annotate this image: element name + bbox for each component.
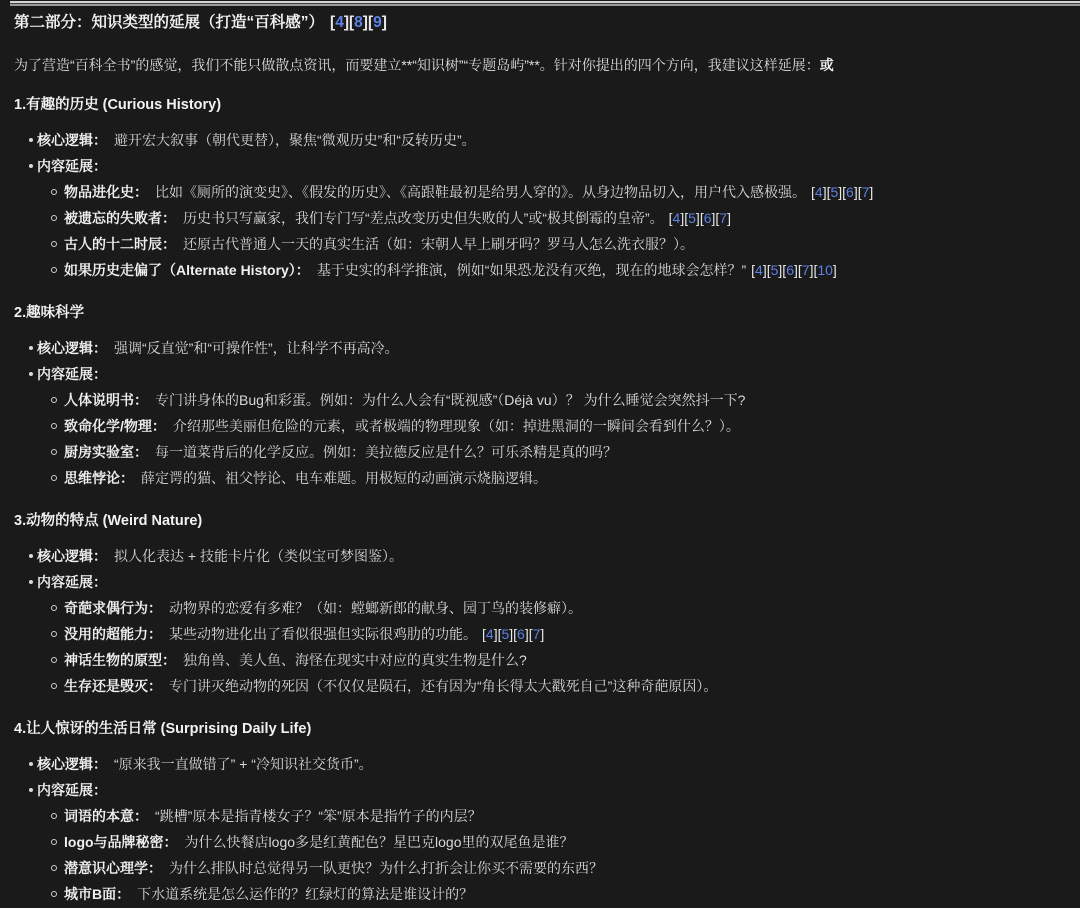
sub-bullet-label: 如果历史走偏了（Alternate History）： — [64, 262, 310, 278]
citation-link[interactable]: 6 — [704, 210, 712, 226]
sub-bullet-text: 每一道菜背后的化学反应。例如：美拉德反应是什么？可乐杀精是真的吗？ — [155, 444, 617, 460]
citation-group: [4][5][6][7] — [669, 210, 731, 226]
citation-link[interactable]: 10 — [817, 262, 833, 278]
list-item: 核心逻辑：避开宏大叙事（朝代更替），聚焦“微观历史”和“反转历史”。 — [14, 127, 1066, 153]
list-item: 厨房实验室：每一道菜背后的化学反应。例如：美拉德反应是什么？可乐杀精是真的吗？ — [14, 439, 1066, 465]
sub-bullet-text: 基于史实的科学推演，例如“如果恐龙没有灭绝，现在的地球会怎样？” — [317, 262, 746, 278]
section-1-list: 核心逻辑：避开宏大叙事（朝代更替），聚焦“微观历史”和“反转历史”。 内容延展：… — [14, 127, 1066, 283]
section-heading-1: 1.有趣的历史 (Curious History) — [14, 95, 1066, 115]
list-item: 没用的超能力：某些动物进化出了看似很强但实际很鸡肋的功能。[4][5][6][7… — [14, 621, 1066, 647]
sub-bullet-label: 没用的超能力： — [64, 626, 162, 642]
list-item: 如果历史走偏了（Alternate History）：基于史实的科学推演，例如“… — [14, 257, 1066, 283]
sub-bullet-label: 被遗忘的失败者： — [64, 210, 176, 226]
sub-bullet-text: 为什么排队时总觉得另一队更快？为什么打折会让你买不需要的东西？ — [169, 860, 603, 876]
list-item: 核心逻辑：强调“反直觉”和“可操作性”，让科学不再高冷。 — [14, 335, 1066, 361]
list-item: 物品进化史：比如《厕所的演变史》、《假发的历史》、《高跟鞋最初是给男人穿的》。从… — [14, 179, 1066, 205]
list-item: 核心逻辑：“原来我一直做错了” + “冷知识社交货币”。 — [14, 751, 1066, 777]
sub-bullet-text: 介绍那些美丽但危险的元素，或者极端的物理现象（如：掉进黑洞的一瞬间会看到什么？）… — [173, 418, 740, 434]
document-content: 第二部分：知识类型的延展（打造“百科感”）[4][8][9] 为了营造“百科全书… — [0, 0, 1080, 907]
page-title: 第二部分：知识类型的延展（打造“百科感”）[4][8][9] — [14, 12, 1066, 34]
citation-bracket: ] — [540, 626, 544, 642]
list-item: 内容延展： — [14, 361, 1066, 387]
citation-link[interactable]: 5 — [688, 210, 696, 226]
section-2-list: 核心逻辑：强调“反直觉”和“可操作性”，让科学不再高冷。 内容延展： 人体说明书… — [14, 335, 1066, 491]
list-item: 生存还是毁灭：专门讲灭绝动物的死因（不仅仅是陨石，还有因为“角长得太大戳死自己”… — [14, 673, 1066, 699]
list-item: 潜意识心理学：为什么排队时总觉得另一队更快？为什么打折会让你买不需要的东西？ — [14, 855, 1066, 881]
list-item: 奇葩求偶行为：动物界的恋爱有多难？（如：螳螂新郎的献身、园丁鸟的装修癖）。 — [14, 595, 1066, 621]
list-item: 城市B面：下水道系统是怎么运作的？红绿灯的算法是谁设计的？ — [14, 881, 1066, 907]
citation-bracket: ] — [382, 14, 387, 31]
list-item: 内容延展： — [14, 777, 1066, 803]
bullet-label: 内容延展： — [37, 574, 107, 590]
sub-bullet-label: 生存还是毁灭： — [64, 678, 162, 694]
sub-bullet-text: 某些动物进化出了看似很强但实际很鸡肋的功能。 — [169, 626, 477, 642]
list-item: 人体说明书：专门讲身体的Bug和彩蛋。例如：为什么人会有“既视感”（Déjà v… — [14, 387, 1066, 413]
sub-bullet-label: 厨房实验室： — [64, 444, 148, 460]
bullet-text: “原来我一直做错了” + “冷知识社交货币”。 — [114, 756, 373, 772]
citation-group: [4][5][6][7] — [482, 626, 544, 642]
sub-bullet-text: 动物界的恋爱有多难？（如：螳螂新郎的献身、园丁鸟的装修癖）。 — [169, 600, 582, 616]
citation-group: [4][8][9] — [330, 14, 387, 31]
sub-bullet-label: 城市B面： — [64, 886, 130, 902]
bullet-label: 核心逻辑： — [37, 340, 107, 356]
sub-bullet-label: 致命化学/物理： — [64, 418, 166, 434]
section-3-list: 核心逻辑：拟人化表达 + 技能卡片化（类似宝可梦图鉴）。 内容延展： 奇葩求偶行… — [14, 543, 1066, 699]
citation-link[interactable]: 4 — [335, 14, 344, 31]
sub-bullet-text: “跳槽”原本是指青楼女子？“笨”原本是指竹子的内层？ — [155, 808, 482, 824]
sub-bullet-text: 还原古代普通人一天的真实生活（如：宋朝人早上刷牙吗？罗马人怎么洗衣服？）。 — [183, 236, 694, 252]
sub-bullet-label: logo与品牌秘密： — [64, 834, 178, 850]
list-item: 被遗忘的失败者：历史书只写赢家，我们专门写“差点改变历史但失败的人”或“极其倒霉… — [14, 205, 1066, 231]
bullet-label: 核心逻辑： — [37, 132, 107, 148]
citation-group: [4][5][6][7][10] — [751, 262, 837, 278]
sub-bullet-text: 为什么快餐店logo多是红黄配色？星巴克logo里的双尾鱼是谁？ — [185, 834, 574, 850]
bullet-label: 内容延展： — [37, 366, 107, 382]
section-heading-2: 2.趣味科学 — [14, 303, 1066, 323]
top-divider-bar[interactable] — [10, 1, 1080, 6]
sub-bullet-text: 历史书只写赢家，我们专门写“差点改变历史但失败的人”或“极其倒霉的皇帝”。 — [183, 210, 664, 226]
bullet-text: 强调“反直觉”和“可操作性”，让科学不再高冷。 — [114, 340, 399, 356]
sub-bullet-text: 专门讲灭绝动物的死因（不仅仅是陨石，还有因为“角长得太大戳死自己”这种奇葩原因）… — [169, 678, 717, 694]
bullet-label: 核心逻辑： — [37, 756, 107, 772]
list-item: 词语的本意：“跳槽”原本是指青楼女子？“笨”原本是指竹子的内层？ — [14, 803, 1066, 829]
citation-link[interactable]: 4 — [755, 262, 763, 278]
sub-bullet-label: 物品进化史： — [64, 184, 148, 200]
list-item: 思维悖论：薛定谔的猫、祖父悖论、电车难题。用极短的动画演示烧脑逻辑。 — [14, 465, 1066, 491]
citation-link[interactable]: 8 — [354, 14, 363, 31]
list-item: logo与品牌秘密：为什么快餐店logo多是红黄配色？星巴克logo里的双尾鱼是… — [14, 829, 1066, 855]
citation-link[interactable]: 7 — [802, 262, 810, 278]
citation-link[interactable]: 9 — [373, 14, 382, 31]
sub-bullet-text: 比如《厕所的演变史》、《假发的历史》、《高跟鞋最初是给男人穿的》。从身边物品切入… — [155, 184, 806, 200]
sub-bullet-label: 神话生物的原型： — [64, 652, 176, 668]
citation-bracket: ] — [833, 262, 837, 278]
bullet-text: 拟人化表达 + 技能卡片化（类似宝可梦图鉴）。 — [114, 548, 403, 564]
list-item: 内容延展： — [14, 153, 1066, 179]
bullet-text: 避开宏大叙事（朝代更替），聚焦“微观历史”和“反转历史”。 — [114, 132, 476, 148]
intro-text: 为了营造“百科全书”的感觉，我们不能只做散点资讯，而要建立**“知识树”“专题岛… — [14, 57, 820, 73]
list-item: 古人的十二时辰：还原古代普通人一天的真实生活（如：宋朝人早上刷牙吗？罗马人怎么洗… — [14, 231, 1066, 257]
citation-link[interactable]: 4 — [486, 626, 494, 642]
citation-bracket: ] — [727, 210, 731, 226]
citation-link[interactable]: 6 — [786, 262, 794, 278]
citation-group: [4][5][6][7] — [811, 184, 873, 200]
list-item: 神话生物的原型：独角兽、美人鱼、海怪在现实中对应的真实生物是什么? — [14, 647, 1066, 673]
sub-bullet-text: 薛定谔的猫、祖父悖论、电车难题。用极短的动画演示烧脑逻辑。 — [141, 470, 547, 486]
citation-link[interactable]: 7 — [719, 210, 727, 226]
sub-bullet-text: 独角兽、美人鱼、海怪在现实中对应的真实生物是什么? — [183, 652, 527, 668]
sub-bullet-label: 词语的本意： — [64, 808, 148, 824]
sub-bullet-label: 潜意识心理学： — [64, 860, 162, 876]
sub-bullet-label: 奇葩求偶行为： — [64, 600, 162, 616]
list-item: 内容延展： — [14, 569, 1066, 595]
sub-bullet-text: 下水道系统是怎么运作的？红绿灯的算法是谁设计的？ — [137, 886, 473, 902]
page-title-text: 第二部分：知识类型的延展（打造“百科感”） — [14, 14, 324, 31]
citation-link[interactable]: 6 — [846, 184, 854, 200]
sub-bullet-label: 思维悖论： — [64, 470, 134, 486]
citation-link[interactable]: 4 — [815, 184, 823, 200]
sub-bullet-label: 人体说明书： — [64, 392, 148, 408]
list-item: 核心逻辑：拟人化表达 + 技能卡片化（类似宝可梦图鉴）。 — [14, 543, 1066, 569]
section-heading-3: 3.动物的特点 (Weird Nature) — [14, 511, 1066, 531]
list-item: 致命化学/物理：介绍那些美丽但危险的元素，或者极端的物理现象（如：掉进黑洞的一瞬… — [14, 413, 1066, 439]
citation-link[interactable]: 6 — [517, 626, 525, 642]
intro-bold-suffix: 或 — [820, 57, 834, 73]
bullet-label: 核心逻辑： — [37, 548, 107, 564]
sub-bullet-label: 古人的十二时辰： — [64, 236, 176, 252]
section-4-list: 核心逻辑：“原来我一直做错了” + “冷知识社交货币”。 内容延展： 词语的本意… — [14, 751, 1066, 907]
intro-paragraph: 为了营造“百科全书”的感觉，我们不能只做散点资讯，而要建立**“知识树”“专题岛… — [14, 55, 1066, 75]
citation-bracket: ] — [869, 184, 873, 200]
section-heading-4: 4.让人惊讶的生活日常 (Surprising Daily Life) — [14, 719, 1066, 739]
bullet-label: 内容延展： — [37, 158, 107, 174]
bullet-label: 内容延展： — [37, 782, 107, 798]
sub-bullet-text: 专门讲身体的Bug和彩蛋。例如：为什么人会有“既视感”（Déjà vu）？ 为什… — [155, 392, 745, 408]
